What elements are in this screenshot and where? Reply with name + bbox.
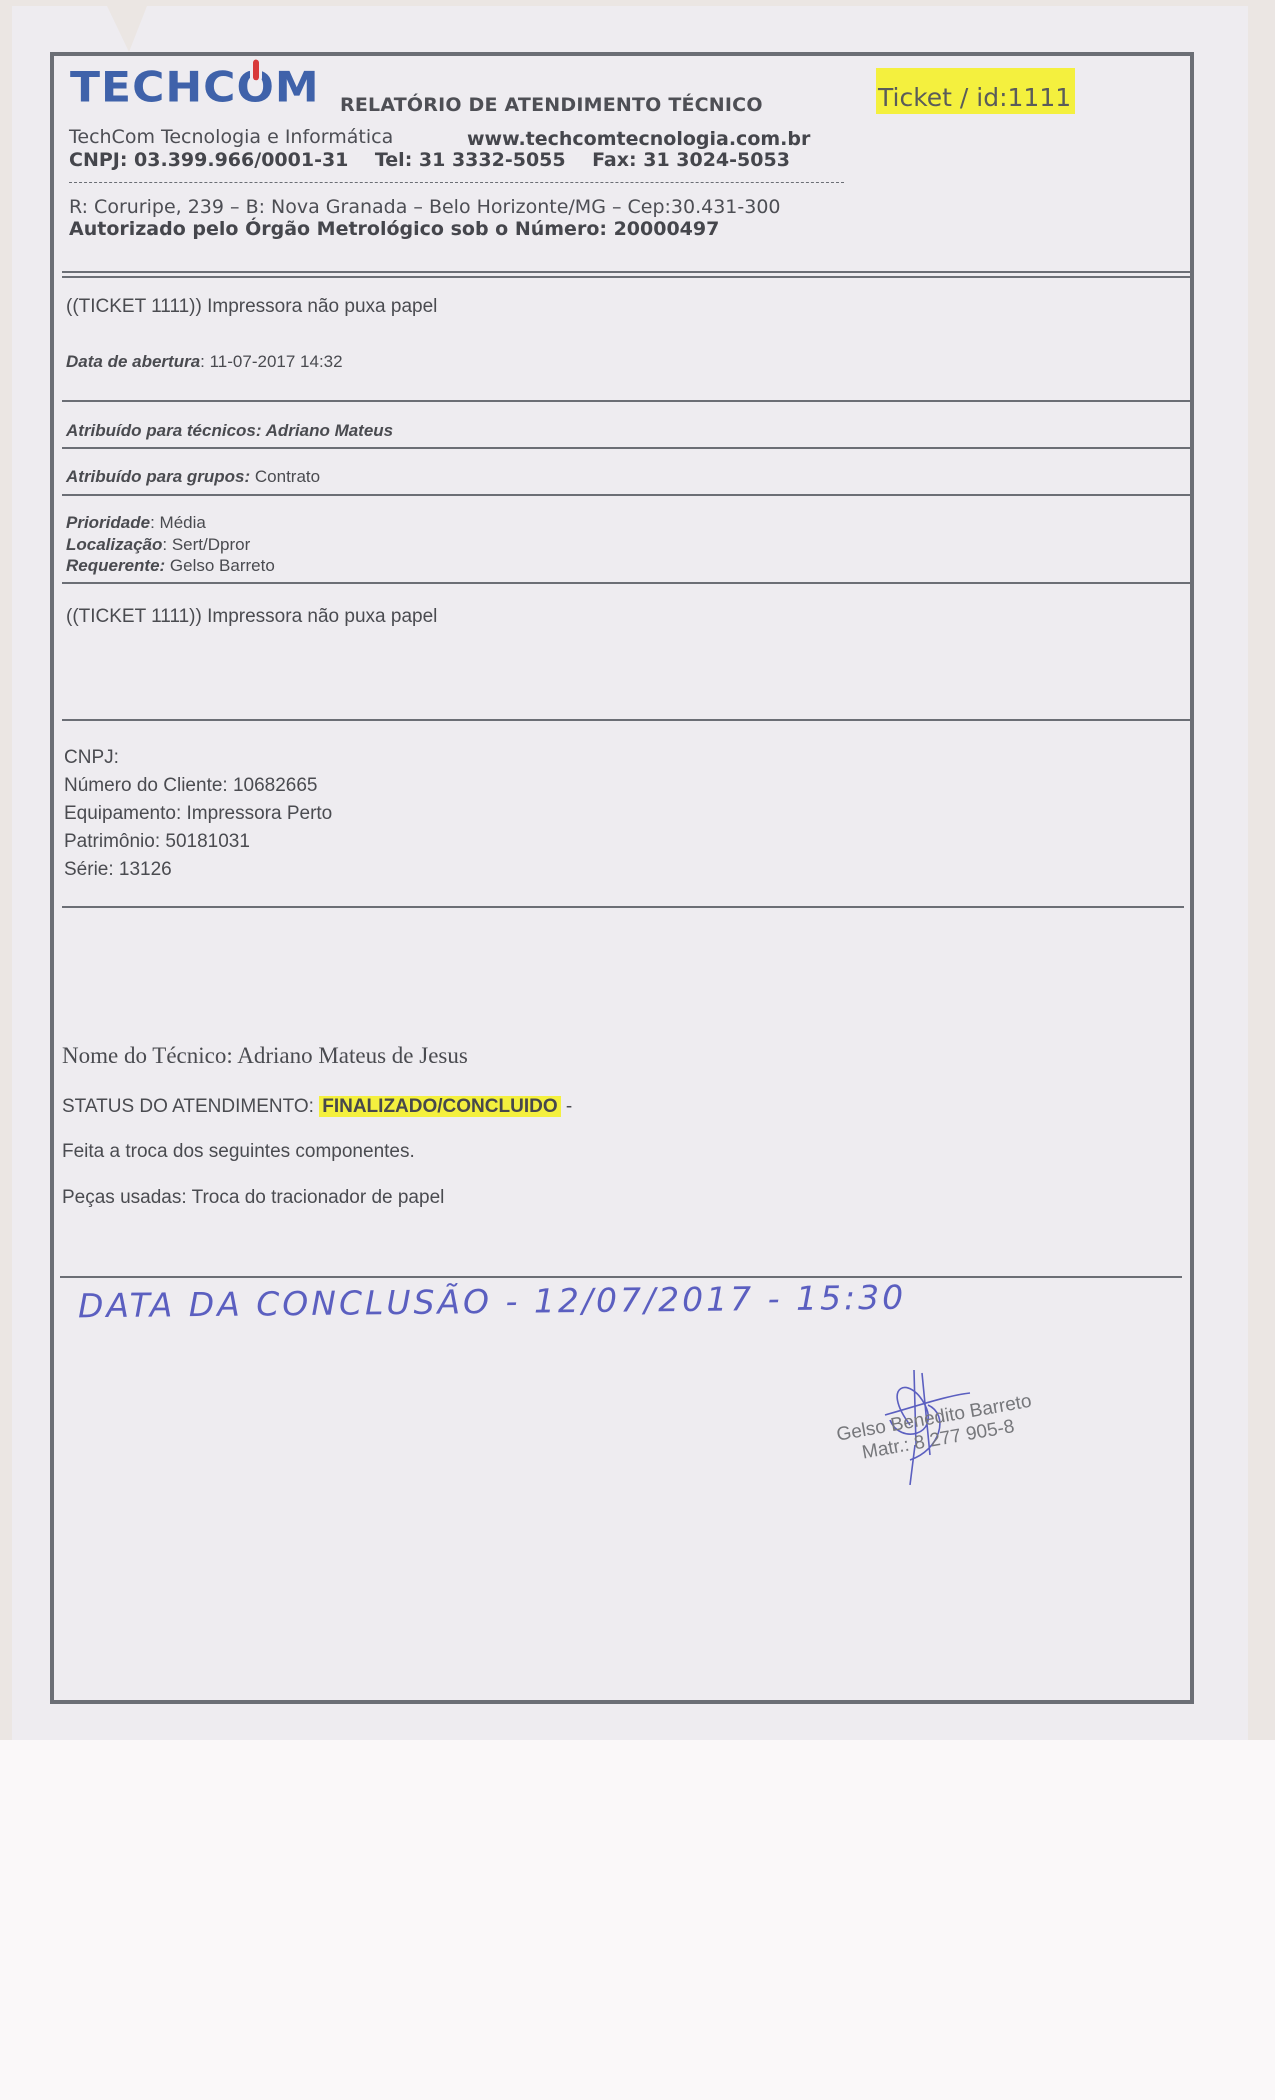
logo-power-o: O [236,65,274,111]
service-status-label: STATUS DO ATENDIMENTO: [62,1096,314,1117]
location-label: Localização [66,535,162,554]
location: Localização: Sert/Dpror [66,535,250,555]
logo-text-post: M [275,63,320,111]
dashed-separator [69,182,844,183]
asset-number: Patrimônio: 50181031 [64,831,250,853]
divider-3 [62,494,1192,496]
parts-used: Peças usadas: Troca do tracionador de pa… [62,1187,444,1209]
service-status: STATUS DO ATENDIMENTO: FINALIZADO/CONCLU… [62,1096,572,1118]
equipment: Equipamento: Impressora Perto [64,803,332,825]
opening-date: Data de abertura: 11-07-2017 14:32 [66,352,343,372]
techcom-logo: TECHCOM [70,65,320,111]
divider-1 [62,400,1192,402]
divider-6 [62,906,1184,908]
requester: Requerente: Gelso Barreto [66,556,275,576]
technician-name: Nome do Técnico: Adriano Mateus de Jesus [62,1043,468,1069]
assigned-groups-value: Contrato [250,467,320,486]
ticket-title: ((TICKET 1111)) Impressora não puxa pape… [66,296,437,318]
opening-date-label: Data de abertura [66,352,200,371]
power-icon [253,59,259,80]
assigned-technicians: Atribuído para técnicos: Adriano Mateus [66,421,393,441]
service-status-value: FINALIZADO/CONCLUIDO [319,1096,560,1117]
priority: Prioridade: Média [66,513,206,533]
report-title: RELATÓRIO DE ATENDIMENTO TÉCNICO [340,94,763,116]
company-name: TechCom Tecnologia e Informática [69,126,393,148]
opening-date-value: : 11-07-2017 14:32 [200,352,342,371]
requester-label: Requerente: [66,556,165,575]
serial-number: Série: 13126 [64,859,172,881]
client-number: Número do Cliente: 10682665 [64,775,318,797]
divider-5 [62,719,1192,721]
company-cnpj-phone-fax: CNPJ: 03.399.966/0001-31 Tel: 31 3332-50… [69,149,790,171]
assigned-technicians-text: Atribuído para técnicos: Adriano Mateus [66,421,393,440]
company-address: R: Coruripe, 239 – B: Nova Granada – Bel… [69,196,781,218]
requester-value: Gelso Barreto [165,556,275,575]
divider-2 [62,447,1192,449]
ticket-description: ((TICKET 1111)) Impressora não puxa pape… [66,606,437,628]
location-value: : Sert/Dpror [162,535,250,554]
header-divider [62,271,1192,273]
priority-value: : Média [150,513,206,532]
priority-label: Prioridade [66,513,150,532]
logo-text-pre: TECHC [70,63,236,111]
paper-tear [107,6,147,52]
divider-7 [60,1276,1182,1278]
service-status-suffix: - [561,1096,573,1117]
company-website: www.techcomtecnologia.com.br [467,128,810,150]
work-done: Feita a troca dos seguintes componentes. [62,1141,415,1163]
client-cnpj: CNPJ: [64,747,119,769]
ticket-id-badge: Ticket / id:1111 [876,68,1075,114]
assigned-groups: Atribuído para grupos: Contrato [66,467,320,487]
divider-4 [62,582,1192,584]
metrology-authorization: Autorizado pelo Órgão Metrológico sob o … [69,218,719,240]
assigned-groups-label: Atribuído para grupos: [66,467,250,486]
